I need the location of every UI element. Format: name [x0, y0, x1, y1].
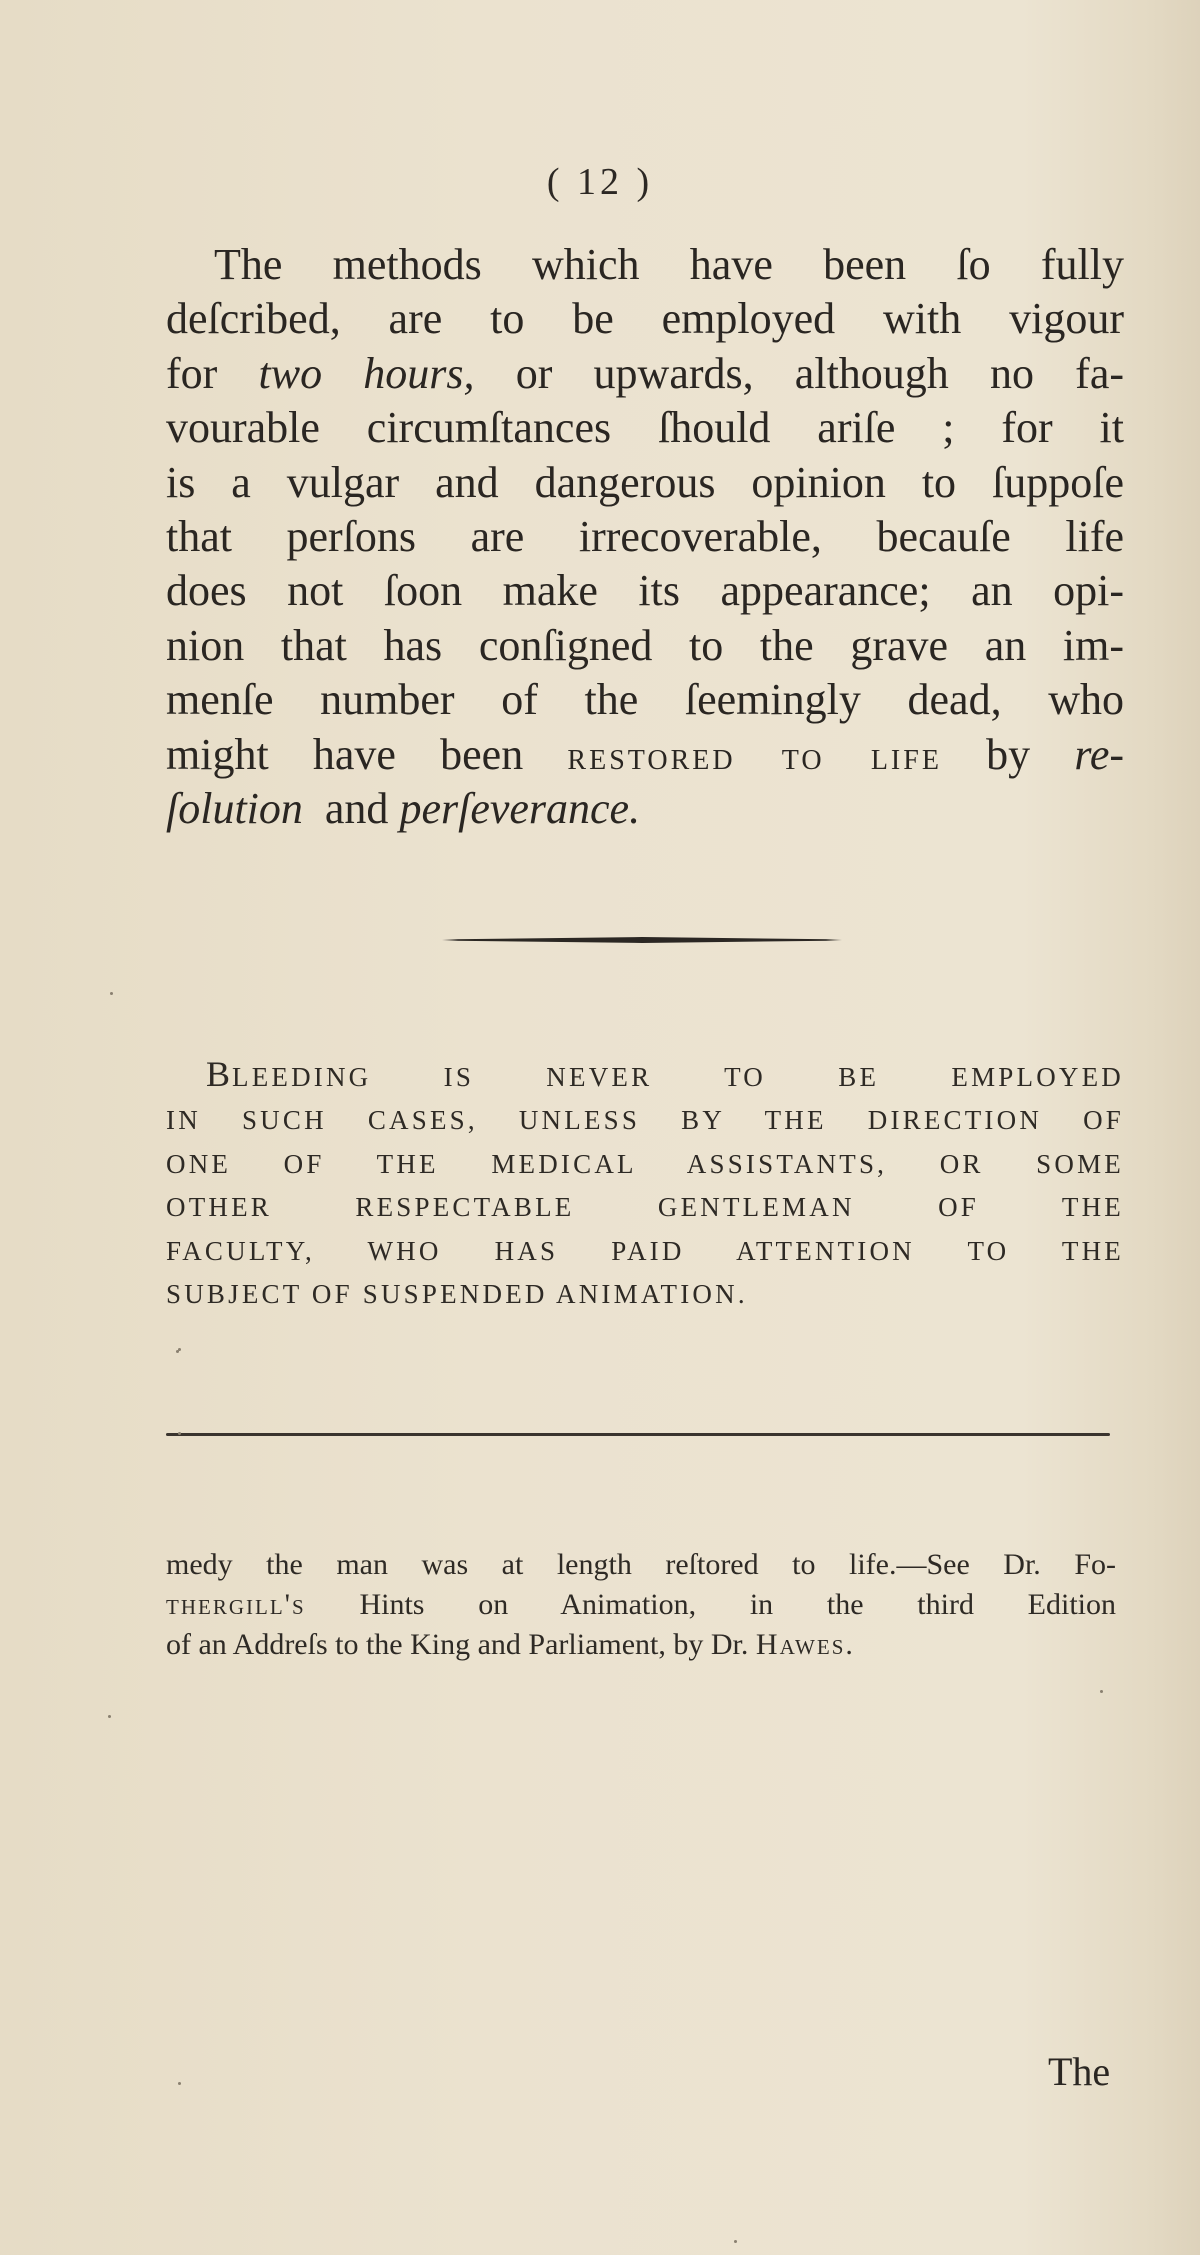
- footnote-divider: [166, 1433, 1110, 1436]
- text-fragment: by: [986, 730, 1030, 779]
- text-line: that perſons are irrecoverable, becauſe …: [166, 510, 1124, 564]
- smallcaps-name: thergill's: [166, 1588, 306, 1621]
- text-fragment: of an Addreſs to the King and Parliament…: [166, 1628, 748, 1661]
- text-line: does not ſoon make its appearance; an op…: [166, 564, 1124, 618]
- text-line: deſcribed, are to be employed with vigou…: [166, 292, 1124, 346]
- text-fragment: or upwards, although no fa-: [516, 349, 1124, 398]
- text-line: OTHER RESPECTABLE GENTLEMAN OF THE: [166, 1186, 1124, 1229]
- page-number: ( 12 ): [0, 160, 1200, 204]
- text-fragment: for: [166, 349, 217, 398]
- main-paragraph: The methods which have been ſo fully deſ…: [166, 238, 1124, 836]
- text-line: menſe number of the ſeemingly dead, who: [166, 673, 1124, 727]
- text-line: The methods which have been ſo fully: [166, 238, 1124, 292]
- text-line: nion that has conſigned to the grave an …: [166, 619, 1124, 673]
- italic-emphasis: two hours,: [259, 349, 475, 398]
- catchword: The: [1048, 2048, 1110, 2095]
- italic-emphasis: perſeverance.: [399, 784, 640, 833]
- text-line: SUBJECT OF SUSPENDED ANIMATION.: [166, 1273, 1124, 1316]
- italic-emphasis: re-: [1074, 730, 1124, 779]
- text-line: might have been restored to life by re-: [166, 728, 1124, 782]
- text-line: for two hours, or upwards, although no f…: [166, 347, 1124, 401]
- text-line: is a vulgar and dangerous opinion to ſup…: [166, 456, 1124, 510]
- text-line: IN SUCH CASES, UNLESS BY THE DIRECTION O…: [166, 1099, 1124, 1142]
- text-line: ſolution and perſeverance.: [166, 782, 1124, 836]
- footnote: medy the man was at length reſtored to l…: [166, 1545, 1116, 1665]
- text-line: BLEEDING IS NEVER TO BE EMPLOYED: [166, 1053, 1124, 1099]
- text-line: FACULTY, WHO HAS PAID ATTENTION TO THE: [166, 1230, 1124, 1273]
- text-fragment: might have been: [166, 730, 523, 779]
- smallcaps-name: Hawes.: [756, 1628, 855, 1661]
- smallcaps-emphasis: restored to life: [567, 733, 942, 778]
- text-fragment: and: [325, 784, 389, 833]
- caps-paragraph: BLEEDING IS NEVER TO BE EMPLOYED IN SUCH…: [166, 1053, 1124, 1316]
- text-line: of an Addreſs to the King and Parliament…: [166, 1625, 1116, 1665]
- text-line: vourable circumſtances ſhould ariſe ; fo…: [166, 401, 1124, 455]
- italic-emphasis: ſolution: [166, 784, 303, 833]
- text-line: thergill's Hints on Animation, in the th…: [166, 1585, 1116, 1625]
- text-fragment: LEEDING IS NEVER TO BE EMPLOYED: [232, 1062, 1124, 1092]
- initial-capital: B: [206, 1054, 232, 1094]
- ornamental-divider: [442, 937, 842, 943]
- text-line: medy the man was at length reſtored to l…: [166, 1545, 1116, 1585]
- text-line: ONE OF THE MEDICAL ASSISTANTS, OR SOME: [166, 1143, 1124, 1186]
- text-fragment: Hints on Animation, in the third Edition: [359, 1588, 1116, 1621]
